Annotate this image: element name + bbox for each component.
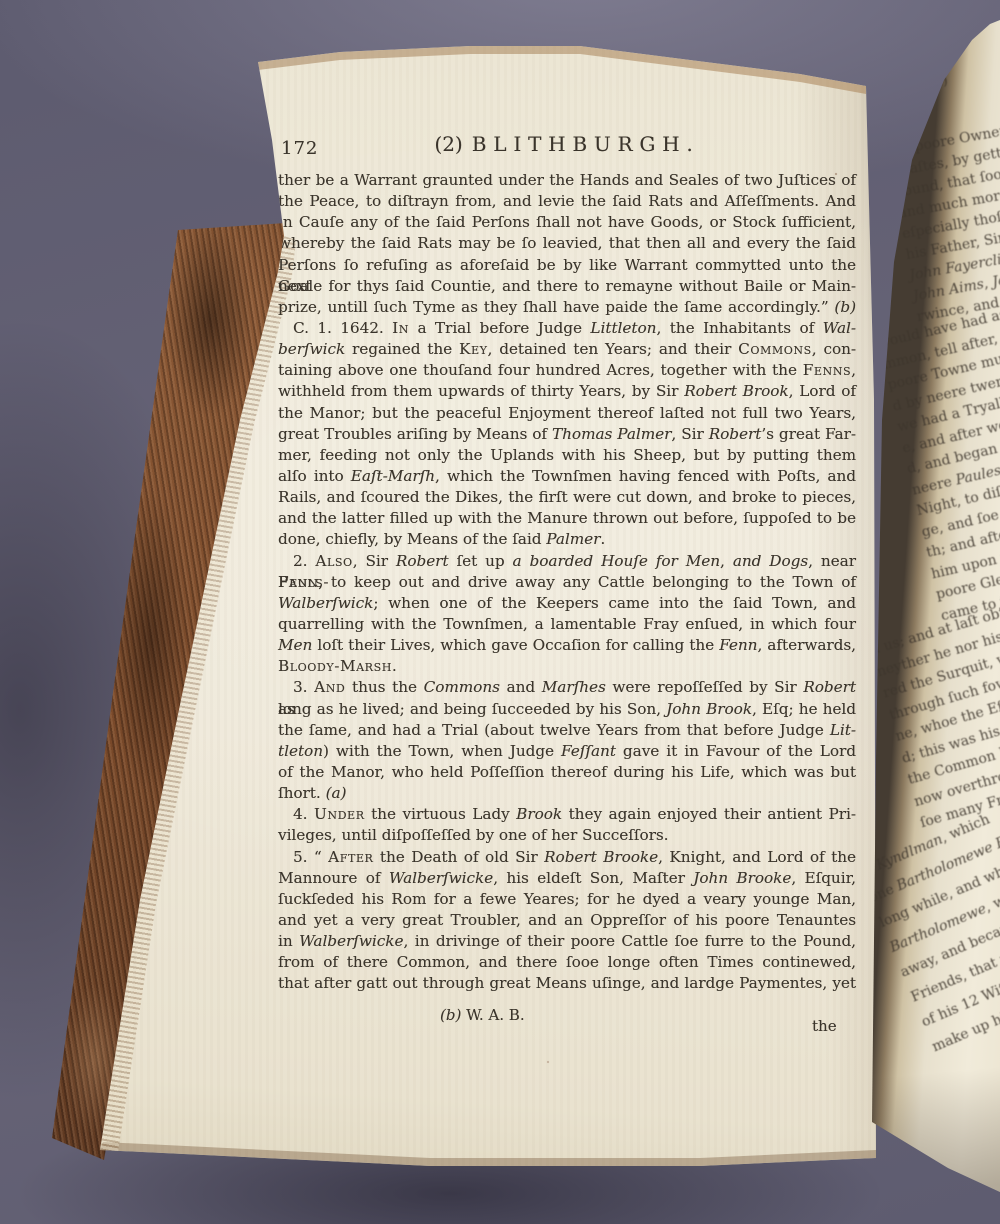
body-line: prize, untill ſuch Tyme as they ſhall ha… <box>278 297 856 318</box>
body-line: ſuckſeded his Rom for a fewe Yeares; for… <box>278 889 856 910</box>
footnote-marker: (b) <box>440 1006 461 1024</box>
running-header: (2)BLITHBURGH. <box>278 132 856 156</box>
facing-page-fragments-lower: d us; and at laſt obtneyther he nor his … <box>868 593 1000 835</box>
body-line: 3. And thus the Commons and Marſhes were… <box>278 677 856 698</box>
body-line: great Troubles ariſing by Means of Thoma… <box>278 424 856 445</box>
body-line: from of there Common, and there ſooe lon… <box>278 952 856 973</box>
catchword: the <box>812 1017 837 1035</box>
body-line: and the latter filled up with the Manure… <box>278 508 856 529</box>
body-line: alſo into Eaſt-Marſh, which the Townſmen… <box>278 466 856 487</box>
body-line: of the Manor, who held Poſſeſſion thereo… <box>278 762 856 783</box>
body-line: 5. “ After the Death of old Sir Robert B… <box>278 847 856 868</box>
body-line: quarrelling with the Townſmen, a lamenta… <box>278 614 856 635</box>
body-line: Goale for thys ſaid Countie, and there t… <box>278 276 856 297</box>
body-text: ther be a Warrant graunted under the Han… <box>278 170 856 994</box>
footnote-text: W. A. B. <box>466 1006 525 1024</box>
body-line: the ſame, and had a Trial (about twelve … <box>278 720 856 741</box>
header-title: BLITHBURGH. <box>472 132 700 156</box>
body-line: tleton) with the Town, when Judge Feſſan… <box>278 741 856 762</box>
body-line: Bloody-Marsh. <box>278 656 856 677</box>
body-line: Rails, and ſcoured the Dikes, the firſt … <box>278 487 856 508</box>
body-line: in Cauſe any of the ſaid Perſons ſhall n… <box>278 212 856 233</box>
body-line: that after gatt out through great Means … <box>278 973 856 994</box>
body-line: taining above one thouſand four hundred … <box>278 360 856 381</box>
body-line: mer, feeding not only the Uplands with h… <box>278 445 856 466</box>
footnote: (b) W. A. B. <box>440 1006 525 1024</box>
body-line: 2. Also, Sir Robert ſet up a boarded Hou… <box>278 551 856 572</box>
body-line: Walberſwick; when one of the Keepers cam… <box>278 593 856 614</box>
body-line: ſhort. (a) <box>278 783 856 804</box>
body-line: withheld from them upwards of thirty Yea… <box>278 381 856 402</box>
body-line: C. 1. 1642. In a Trial before Judge Litt… <box>278 318 856 339</box>
body-line: berſwick regained the Key, detained ten … <box>278 339 856 360</box>
body-line: in Walberſwicke, in drivinge of their po… <box>278 931 856 952</box>
facing-page-fragments-top: the poore Owners loſtBeaſtes, by getting… <box>886 112 1000 328</box>
header-prefix: (2) <box>434 132 462 156</box>
body-line: the Peace, to diſtrayn from, and levie t… <box>278 191 856 212</box>
body-line: whereby the ſaid Rats may be ſo leavied,… <box>278 233 856 254</box>
book-photo: 172 (2)BLITHBURGH. ther be a Warrant gra… <box>0 0 1000 1224</box>
body-line: Perſons ſo refuſing as aforeſaid be by l… <box>278 255 856 276</box>
body-line: 4. Under the virtuous Lady Brook they ag… <box>278 804 856 825</box>
body-line: Men loſt their Lives, which gave Occaſio… <box>278 635 856 656</box>
body-line: the Manor; but the peaceful Enjoyment th… <box>278 403 856 424</box>
body-line: ther be a Warrant graunted under the Han… <box>278 170 856 191</box>
facing-page-header: (2) <box>927 72 950 92</box>
body-line: done, chiefly, by Means of the ſaid Palm… <box>278 529 856 550</box>
body-line: long as he lived; and being ſucceeded by… <box>278 699 856 720</box>
body-line: Fenn, to keep out and drive away any Cat… <box>278 572 856 593</box>
body-line: Mannoure of Walberſwicke, his eldeſt Son… <box>278 868 856 889</box>
facing-page-fragments-mid: would have had as inmmon, tell after, fi… <box>876 297 1000 627</box>
body-line: vileges, until diſpoſſeſſed by one of he… <box>278 825 856 846</box>
body-line: and yet a very great Troubler, and an Op… <box>278 910 856 931</box>
